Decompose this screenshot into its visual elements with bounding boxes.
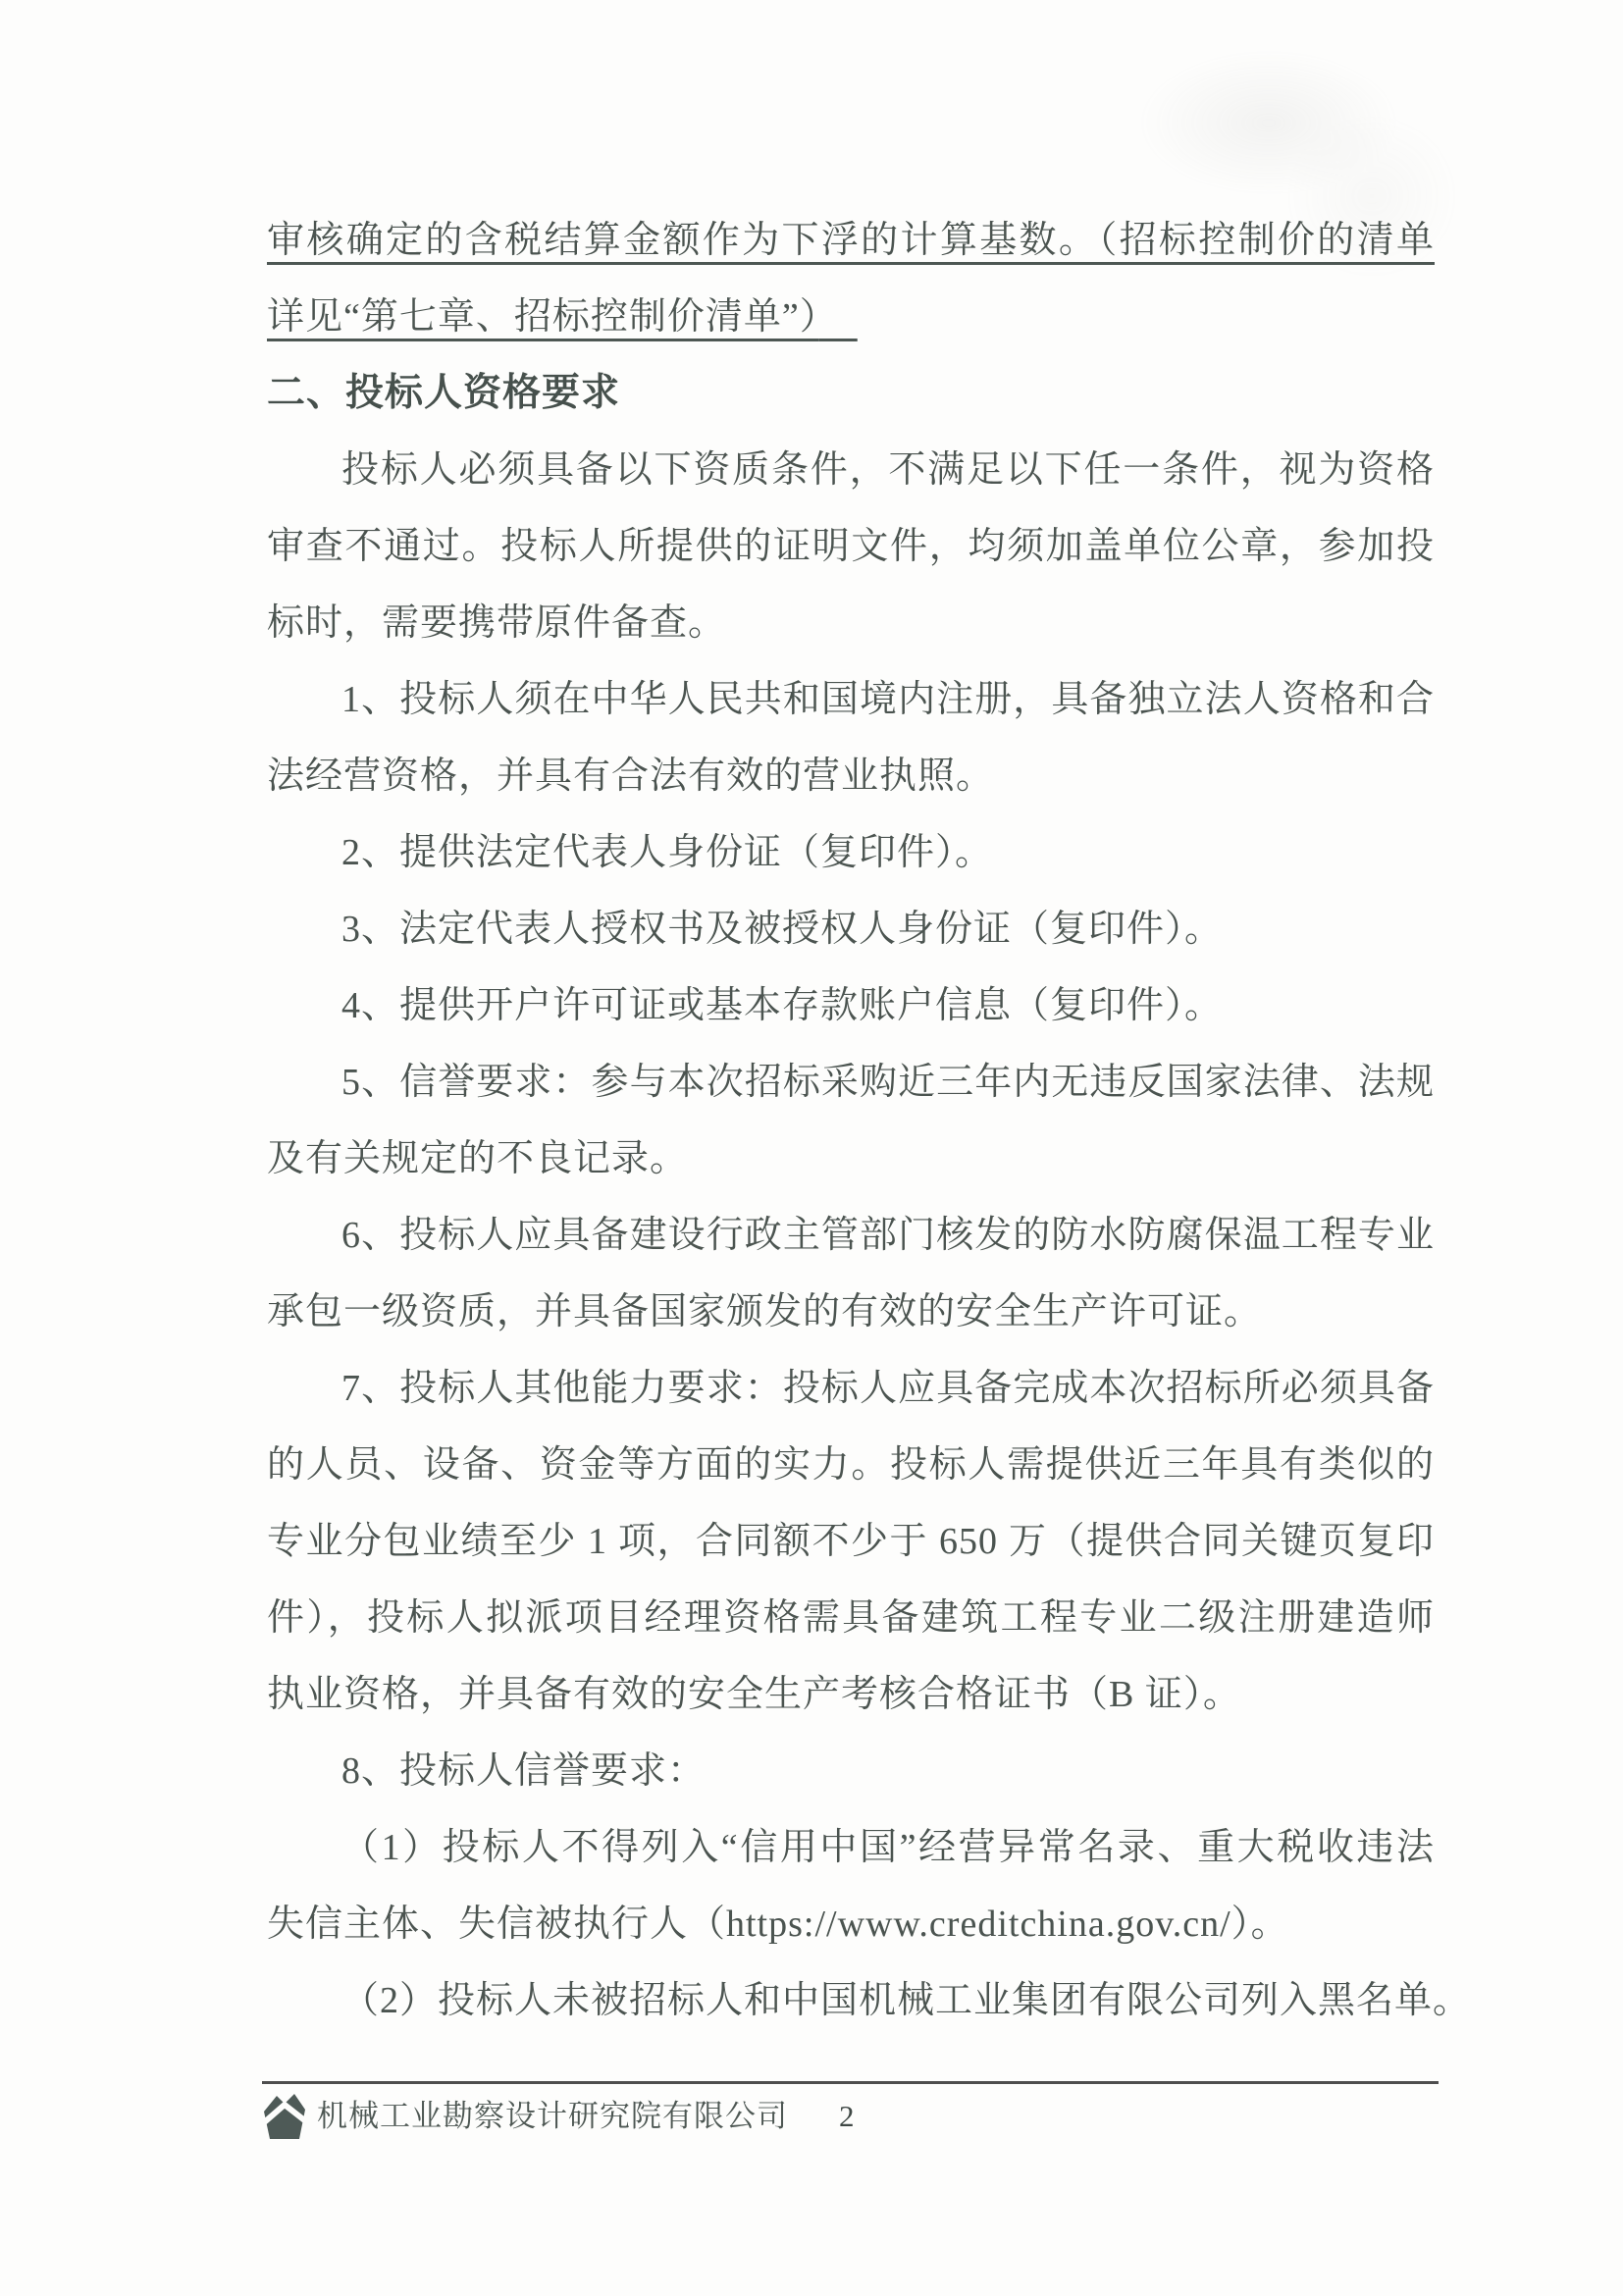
doc-line: 的人员、设备、资金等方面的实力。投标人需提供近三年具有类似的	[267, 1427, 1435, 1503]
page-footer: 机械工业勘察设计研究院有限公司 2	[262, 2091, 1439, 2150]
section-heading: 二、投标人资格要求	[267, 355, 1435, 432]
document-body: 审核确定的含税结算金额作为下浮的计算基数。（招标控制价的清单 详见“第七章、招标…	[267, 202, 1435, 2039]
doc-line: 失信主体、失信被执行人（https://www.creditchina.gov.…	[267, 1886, 1435, 1962]
doc-line: 执业资格，并具备有效的安全生产考核合格证书（B 证）。	[267, 1656, 1435, 1733]
doc-line: 专业分包业绩至少 1 项，合同额不少于 650 万（提供合同关键页复印	[267, 1503, 1435, 1580]
doc-line: 审查不通过。投标人所提供的证明文件，均须加盖单位公章，参加投	[267, 508, 1435, 585]
doc-line: （2）投标人未被招标人和中国机械工业集团有限公司列入黑名单。	[267, 1962, 1435, 2039]
doc-line: 3、法定代表人授权书及被授权人身份证（复印件）。	[267, 891, 1435, 967]
doc-line: 8、投标人信誉要求：	[267, 1733, 1435, 1809]
doc-line: 承包一级资质，并具备国家颁发的有效的安全生产许可证。	[267, 1274, 1435, 1350]
mountain-logo-icon	[262, 2091, 307, 2142]
doc-line: 2、提供法定代表人身份证（复印件）。	[267, 814, 1435, 891]
doc-line: 1、投标人须在中华人民共和国境内注册，具备独立法人资格和合	[267, 661, 1435, 738]
doc-line: 投标人必须具备以下资质条件，不满足以下任一条件，视为资格	[267, 432, 1435, 508]
doc-line: 6、投标人应具备建设行政主管部门核发的防水防腐保温工程专业	[267, 1197, 1435, 1274]
footer-divider	[262, 2081, 1439, 2084]
doc-line: 详见“第七章、招标控制价清单”）	[267, 279, 1435, 355]
doc-line: 5、信誉要求：参与本次招标采购近三年内无违反国家法律、法规	[267, 1044, 1435, 1121]
doc-line: 及有关规定的不良记录。	[267, 1121, 1435, 1197]
doc-line: 件），投标人拟派项目经理资格需具备建筑工程专业二级注册建造师	[267, 1580, 1435, 1656]
doc-line: 标时，需要携带原件备查。	[267, 585, 1435, 661]
doc-line: 法经营资格，并具有合法有效的营业执照。	[267, 738, 1435, 814]
doc-line: （1）投标人不得列入“信用中国”经营异常名录、重大税收违法	[267, 1809, 1435, 1886]
doc-line: 审核确定的含税结算金额作为下浮的计算基数。（招标控制价的清单	[267, 202, 1435, 279]
footer-brand: 机械工业勘察设计研究院有限公司	[262, 2091, 788, 2142]
doc-line: 7、投标人其他能力要求：投标人应具备完成本次招标所必须具备	[267, 1350, 1435, 1427]
footer-company-name: 机械工业勘察设计研究院有限公司	[317, 2091, 788, 2142]
doc-line: 4、提供开户许可证或基本存款账户信息（复印件）。	[267, 967, 1435, 1044]
page-number: 2	[839, 2091, 855, 2142]
scanned-document-page: 审核确定的含税结算金额作为下浮的计算基数。（招标控制价的清单 详见“第七章、招标…	[0, 0, 1623, 2296]
